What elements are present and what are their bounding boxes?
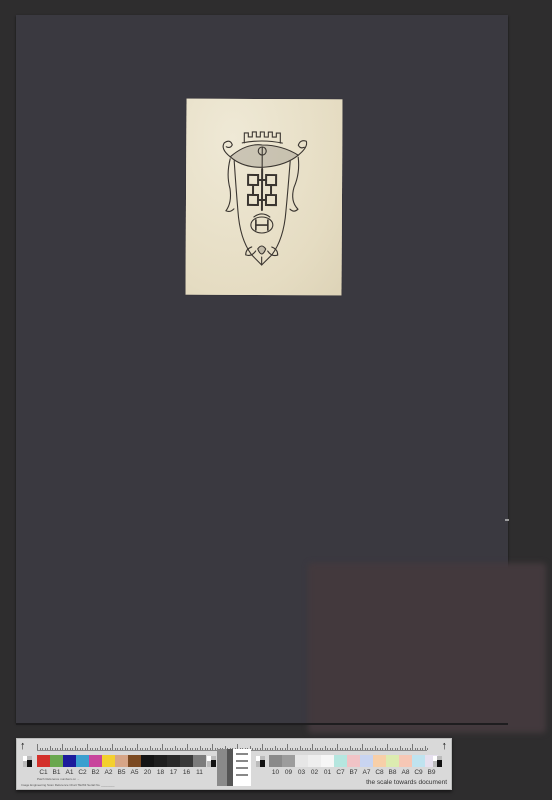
color-patch: A2: [102, 755, 115, 767]
color-patch: B8: [386, 755, 399, 767]
color-patch: C1: [37, 755, 50, 767]
patch-reference-note: Patch Reference numbers on ...: [37, 777, 79, 781]
color-patches-left: C1B1A1C2B2A2B5A52018171611: [37, 755, 206, 767]
bookplate: [185, 99, 342, 296]
color-patch: 10: [269, 755, 282, 767]
color-patch: B5: [115, 755, 128, 767]
color-patch: 09: [282, 755, 295, 767]
armorial-engraving: [185, 99, 342, 296]
patch-label: B9: [421, 769, 442, 776]
up-arrow-icon: ↑: [20, 741, 26, 751]
color-patch: B1: [50, 755, 63, 767]
scale-caption: the scale towards document: [366, 779, 447, 786]
color-patch: 02: [308, 755, 321, 767]
color-patch: 16: [180, 755, 193, 767]
color-patches-right: 1009030201C7B7A7C8B8A8C9B9: [269, 755, 438, 767]
color-patch: 17: [167, 755, 180, 767]
color-patch: C7: [334, 755, 347, 767]
color-patch: A8: [399, 755, 412, 767]
black-white-reference-far-right: [433, 756, 442, 767]
color-patch: A7: [360, 755, 373, 767]
patch-label: 11: [189, 769, 210, 776]
color-patch: C9: [412, 755, 425, 767]
up-arrow-icon: ↑: [442, 741, 448, 751]
color-patch: C8: [373, 755, 386, 767]
color-calibration-target: ↑ ↑ C1B1A1C2B2A2B5A52018171611 100903020…: [16, 738, 452, 790]
color-patch: 11: [193, 755, 206, 767]
chart-credit: Image Engineering Scan Reference Chart T…: [21, 783, 115, 787]
color-patch: 20: [141, 755, 154, 767]
black-white-reference-left: [23, 756, 32, 767]
color-patch: B7: [347, 755, 360, 767]
color-patch: B2: [89, 755, 102, 767]
black-white-reference-mid: [207, 756, 216, 767]
color-patch: 01: [321, 755, 334, 767]
color-patch: C2: [76, 755, 89, 767]
color-patch: A1: [63, 755, 76, 767]
color-patch: A5: [128, 755, 141, 767]
grey-reference-card: [217, 749, 251, 786]
color-patch: 18: [154, 755, 167, 767]
dust-fleck: [505, 519, 509, 521]
color-patch: 03: [295, 755, 308, 767]
black-white-reference-right: [256, 756, 265, 767]
discoloration-stain: [308, 563, 546, 733]
